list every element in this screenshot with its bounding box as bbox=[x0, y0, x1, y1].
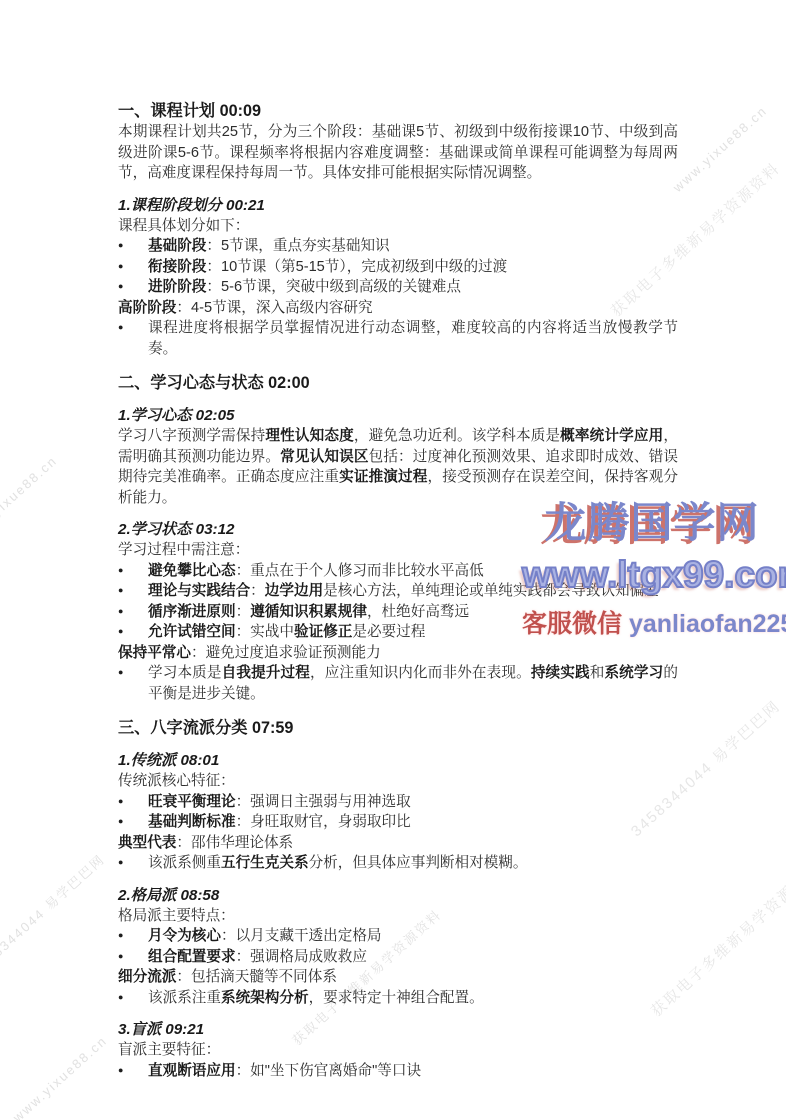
text-run-group: 细分流派：包括滴天髓等不同体系 bbox=[118, 969, 337, 985]
text-run-group: 传统派核心特征： bbox=[118, 773, 235, 789]
text-run-group: 基础阶段：5节课，重点夯实基础知识 bbox=[148, 236, 678, 257]
text-run-group: 3.盲派 09:21 bbox=[118, 1021, 204, 1038]
text-run-group: 2.学习状态 03:12 bbox=[118, 521, 234, 538]
bullet-icon: ● bbox=[118, 621, 148, 642]
paragraph: 本期课程计划共25节，分为三个阶段：基础课5节、初级到中级衔接课10节、中级到高… bbox=[118, 122, 678, 184]
text-run-group: 月令为核心：以月支藏干透出定格局 bbox=[148, 926, 678, 947]
section-heading: 三、八字流派分类 07:59 bbox=[118, 718, 678, 739]
bullet-icon: ● bbox=[118, 235, 148, 256]
sub-heading: 1.学习心态 02:05 bbox=[118, 405, 678, 426]
paragraph: 格局派主要特点： bbox=[118, 906, 678, 927]
bullet-icon: ● bbox=[118, 987, 148, 1008]
paragraph: 传统派核心特征： bbox=[118, 771, 678, 792]
bullet-icon: ● bbox=[118, 1060, 148, 1081]
bullet-icon: ● bbox=[118, 601, 148, 622]
sub-heading: 2.格局派 08:58 bbox=[118, 885, 678, 906]
text-run-group: 盲派主要特征： bbox=[118, 1042, 220, 1058]
text-run-group: 本期课程计划共25节，分为三个阶段：基础课5节、初级到中级衔接课10节、中级到高… bbox=[118, 124, 678, 181]
bullet-icon: ● bbox=[118, 946, 148, 967]
text-run-group: 学习过程中需注意： bbox=[118, 542, 249, 558]
text-run-group: 循序渐进原则：遵循知识积累规律，杜绝好高骛远 bbox=[148, 602, 678, 623]
list-item: ●循序渐进原则：遵循知识积累规律，杜绝好高骛远 bbox=[118, 602, 678, 623]
paragraph: 学习过程中需注意： bbox=[118, 540, 678, 561]
stray-watermark: www.yixue88.cn bbox=[10, 1033, 110, 1120]
stray-watermark: www.yixue88.cn bbox=[0, 453, 60, 545]
text-run-group: 1.课程阶段划分 00:21 bbox=[118, 197, 265, 214]
sub-heading: 1.课程阶段划分 00:21 bbox=[118, 195, 678, 216]
stray-watermark: www.yixue88.cn bbox=[670, 103, 770, 195]
list-item: ●基础阶段：5节课，重点夯实基础知识 bbox=[118, 236, 678, 257]
bullet-icon: ● bbox=[118, 662, 148, 703]
list-item: ●理论与实践结合：边学边用是核心方法，单纯理论或单纯实践都会导致认知偏差 bbox=[118, 581, 678, 602]
bullet-icon: ● bbox=[118, 791, 148, 812]
text-run-group: 一、课程计划 00:09 bbox=[118, 102, 261, 120]
list-item: ●旺衰平衡理论：强调日主强弱与用神选取 bbox=[118, 792, 678, 813]
text-run-group: 三、八字流派分类 07:59 bbox=[118, 719, 293, 737]
bullet-icon: ● bbox=[118, 276, 148, 297]
paragraph: 学习八字预测学需保持理性认知态度，避免急功近利。该学科本质是概率统计学应用，需明… bbox=[118, 426, 678, 508]
section-heading: 一、课程计划 00:09 bbox=[118, 101, 678, 122]
text-run-group: 进阶阶段：5-6节课，突破中级到高级的关键难点 bbox=[148, 277, 678, 298]
text-run-group: 1.传统派 08:01 bbox=[118, 752, 219, 769]
paragraph: 课程具体划分如下： bbox=[118, 216, 678, 237]
list-item: ●基础判断标准：身旺取财官，身弱取印比 bbox=[118, 812, 678, 833]
text-run-group: 典型代表：邵伟华理论体系 bbox=[118, 835, 293, 851]
text-run-group: 衔接阶段：10节课（第5-15节），完成初级到中级的过渡 bbox=[148, 257, 678, 278]
bullet-icon: ● bbox=[118, 852, 148, 873]
bullet-icon: ● bbox=[118, 811, 148, 832]
text-run-group: 组合配置要求：强调格局成败救应 bbox=[148, 947, 678, 968]
paragraph: 保持平常心：避免过度追求验证预测能力 bbox=[118, 643, 678, 664]
list-item: ●避免攀比心态：重点在于个人修习而非比较水平高低 bbox=[118, 561, 678, 582]
section-heading: 二、学习心态与状态 02:00 bbox=[118, 373, 678, 394]
list-item: ●月令为核心：以月支藏干透出定格局 bbox=[118, 926, 678, 947]
bullet-icon: ● bbox=[118, 925, 148, 946]
paragraph: 高阶阶段：4-5节课，深入高级内容研究 bbox=[118, 298, 678, 319]
sub-heading: 2.学习状态 03:12 bbox=[118, 519, 678, 540]
list-item: ●学习本质是自我提升过程，应注重知识内化而非外在表现。持续实践和系统学习的平衡是… bbox=[118, 663, 678, 704]
text-run-group: 格局派主要特点： bbox=[118, 908, 235, 924]
list-item: ●直观断语应用：如"坐下伤官离婚命"等口诀 bbox=[118, 1061, 678, 1082]
list-item: ●衔接阶段：10节课（第5-15节），完成初级到中级的过渡 bbox=[118, 257, 678, 278]
sub-heading: 3.盲派 09:21 bbox=[118, 1019, 678, 1040]
text-run-group: 理论与实践结合：边学边用是核心方法，单纯理论或单纯实践都会导致认知偏差 bbox=[148, 581, 678, 602]
text-run-group: 该派系注重系统架构分析，要求特定十神组合配置。 bbox=[148, 988, 678, 1009]
list-item: ●该派系注重系统架构分析，要求特定十神组合配置。 bbox=[118, 988, 678, 1009]
paragraph: 盲派主要特征： bbox=[118, 1040, 678, 1061]
text-run-group: 2.格局派 08:58 bbox=[118, 887, 219, 904]
text-run-group: 学习八字预测学需保持理性认知态度，避免急功近利。该学科本质是概率统计学应用，需明… bbox=[118, 428, 678, 506]
text-run-group: 避免攀比心态：重点在于个人修习而非比较水平高低 bbox=[148, 561, 678, 582]
sub-heading: 1.传统派 08:01 bbox=[118, 750, 678, 771]
text-run-group: 旺衰平衡理论：强调日主强弱与用神选取 bbox=[148, 792, 678, 813]
text-run-group: 直观断语应用：如"坐下伤官离婚命"等口诀 bbox=[148, 1061, 678, 1082]
paragraph: 细分流派：包括滴天髓等不同体系 bbox=[118, 967, 678, 988]
document-body: 一、课程计划 00:09本期课程计划共25节，分为三个阶段：基础课5节、初级到中… bbox=[118, 101, 678, 1081]
list-item: ●进阶阶段：5-6节课，突破中级到高级的关键难点 bbox=[118, 277, 678, 298]
list-item: ●该派系侧重五行生克关系分析，但具体应事判断相对模糊。 bbox=[118, 853, 678, 874]
text-run-group: 保持平常心：避免过度追求验证预测能力 bbox=[118, 645, 381, 661]
text-run-group: 二、学习心态与状态 02:00 bbox=[118, 374, 310, 392]
text-run-group: 基础判断标准：身旺取财官，身弱取印比 bbox=[148, 812, 678, 833]
text-run-group: 学习本质是自我提升过程，应注重知识内化而非外在表现。持续实践和系统学习的平衡是进… bbox=[148, 663, 678, 704]
list-item: ●允许试错空间：实战中验证修正是必要过程 bbox=[118, 622, 678, 643]
document-page: 获取电子多维新易学资源资料 www.yixue88.cn 3458344044 … bbox=[0, 0, 786, 1120]
text-run-group: 课程进度将根据学员掌握情况进行动态调整，难度较高的内容将适当放慢教学节奏。 bbox=[148, 318, 678, 359]
text-run-group: 1.学习心态 02:05 bbox=[118, 407, 234, 424]
paragraph: 典型代表：邵伟华理论体系 bbox=[118, 833, 678, 854]
bullet-icon: ● bbox=[118, 560, 148, 581]
text-run-group: 课程具体划分如下： bbox=[118, 218, 249, 234]
text-run-group: 该派系侧重五行生克关系分析，但具体应事判断相对模糊。 bbox=[148, 853, 678, 874]
list-item: ●组合配置要求：强调格局成败救应 bbox=[118, 947, 678, 968]
text-run-group: 高阶阶段：4-5节课，深入高级内容研究 bbox=[118, 300, 373, 316]
stray-watermark: 3458344044 易学巴巴网 bbox=[0, 849, 109, 979]
text-run-group: 允许试错空间：实战中验证修正是必要过程 bbox=[148, 622, 678, 643]
bullet-icon: ● bbox=[118, 256, 148, 277]
bullet-icon: ● bbox=[118, 317, 148, 358]
bullet-icon: ● bbox=[118, 580, 148, 601]
list-item: ●课程进度将根据学员掌握情况进行动态调整，难度较高的内容将适当放慢教学节奏。 bbox=[118, 318, 678, 359]
